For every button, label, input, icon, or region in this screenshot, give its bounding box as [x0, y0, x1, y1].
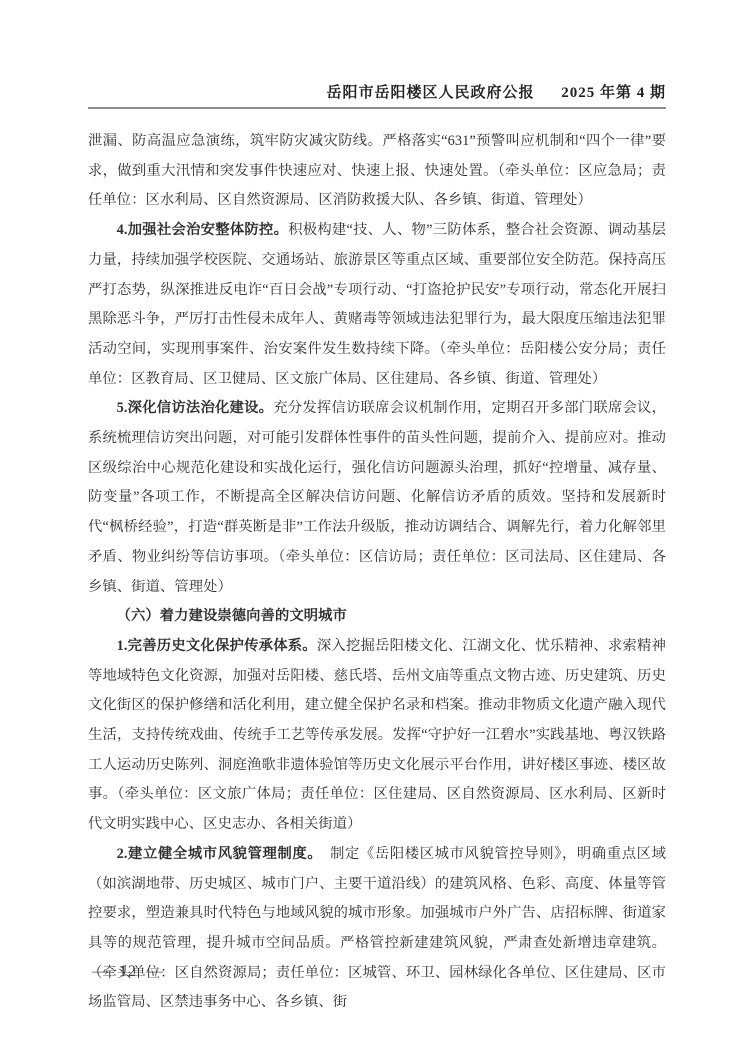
- paragraph-text: 深入挖掘岳阳楼文化、江湖文化、忧乐精神、求索精神等地域特色文化资源，加强对岳阳楼…: [88, 638, 666, 832]
- page-header: 岳阳市岳阳楼区人民政府公报 2025 年第 4 期: [88, 84, 666, 109]
- gazette-title: 岳阳市岳阳楼区人民政府公报: [326, 85, 534, 101]
- page-number: 12: [119, 963, 137, 980]
- paragraph-lead: 1.完善历史文化保护传承体系。: [117, 638, 317, 654]
- paragraph-lead: 5.深化信访法治化建设。: [117, 400, 274, 416]
- section-heading: （六）着力建设崇德向善的文明城市: [88, 602, 666, 632]
- paragraph-item-2: 2.建立健全城市风貌管理制度。 制定《岳阳楼区城市风貌管控导则》，明确重点区域（…: [88, 840, 666, 1018]
- paragraph-text: 积极构建“技、人、物”三防体系，整合社会资源、调动基层力量，持续加强学校医院、交…: [88, 222, 666, 387]
- paragraph-item-5: 5.深化信访法治化建设。充分发挥信访联席会议机制作用，定期召开多部门联席会议，系…: [88, 394, 666, 602]
- paragraph-lead: 2.建立健全城市风貌管理制度。: [117, 846, 316, 862]
- page-footer: —12—: [92, 963, 164, 981]
- paragraph-item-4: 4.加强社会治安整体防控。积极构建“技、人、物”三防体系，整合社会资源、调动基层…: [88, 216, 666, 394]
- header-rule: [88, 107, 666, 109]
- section-heading-text: （六）着力建设崇德向善的文明城市: [117, 608, 347, 624]
- paragraph-item-1: 1.完善历史文化保护传承体系。深入挖掘岳阳楼文化、江湖文化、忧乐精神、求索精神等…: [88, 632, 666, 840]
- paragraph-lead: 4.加强社会治安整体防控。: [117, 222, 289, 238]
- footer-dash-left: —: [92, 963, 109, 980]
- document-body: 泄漏、防高温应急演练，筑牢防灾减灾防线。严格落实“631”预警叫应机制和“四个一…: [88, 127, 666, 1018]
- running-head: 岳阳市岳阳楼区人民政府公报 2025 年第 4 期: [88, 84, 666, 102]
- paragraph-continuation: 泄漏、防高温应急演练，筑牢防灾减灾防线。严格落实“631”预警叫应机制和“四个一…: [88, 127, 666, 216]
- paragraph-text: 泄漏、防高温应急演练，筑牢防灾减灾防线。严格落实“631”预警叫应机制和“四个一…: [88, 133, 666, 208]
- gazette-issue: 2025 年第 4 期: [561, 85, 666, 101]
- footer-dash-right: —: [147, 963, 164, 980]
- gazette-page: 岳阳市岳阳楼区人民政府公报 2025 年第 4 期 泄漏、防高温应急演练，筑牢防…: [0, 0, 750, 1061]
- paragraph-text: 制定《岳阳楼区城市风貌管控导则》，明确重点区域（如滨湖地带、历史城区、城市门户、…: [88, 846, 666, 1011]
- paragraph-text: 充分发挥信访联席会议机制作用，定期召开多部门联席会议，系统梳理信访突出问题，对可…: [88, 400, 666, 594]
